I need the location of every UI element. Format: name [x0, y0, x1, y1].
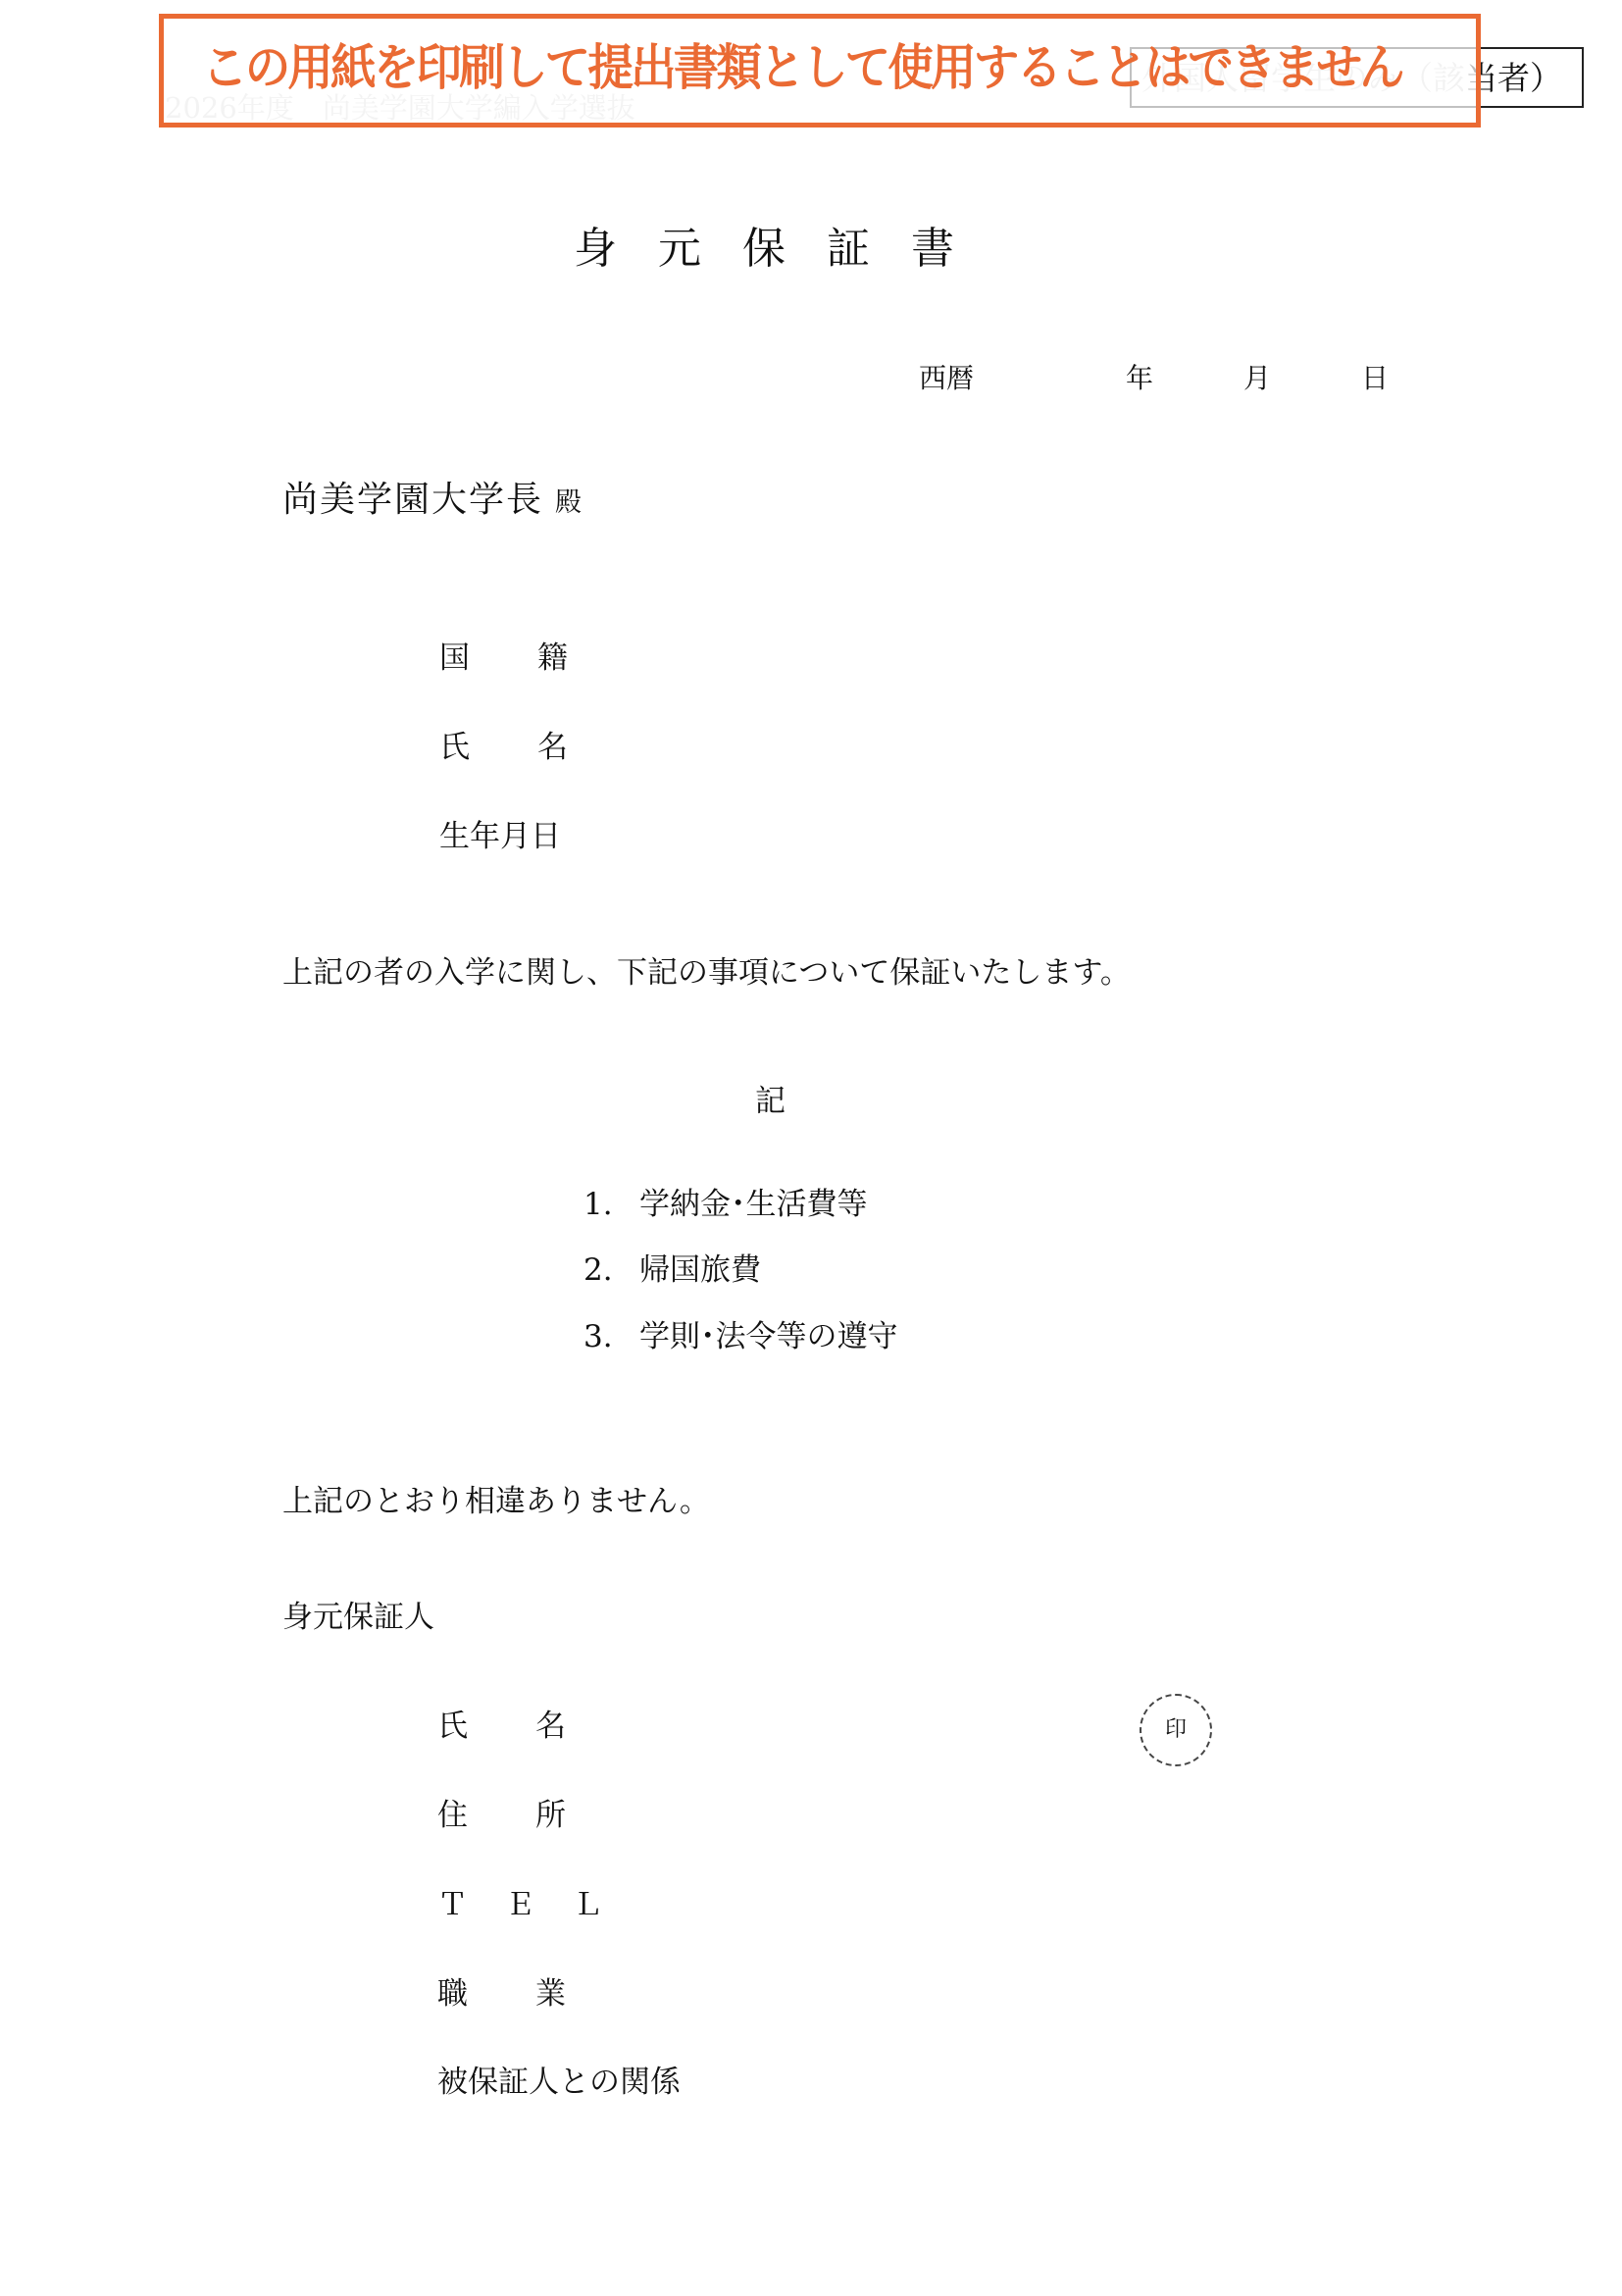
item-number: 3.	[583, 1322, 613, 1352]
field-label-part: 所	[535, 1801, 566, 1831]
field-label-part: Ｔ Ｅ Ｌ	[437, 1890, 617, 1920]
date-year-label: 年	[1126, 365, 1153, 392]
field-label-part: 被保証人との関係	[437, 2067, 681, 2098]
item-text: 学則･法令等の遵守	[639, 1322, 898, 1352]
field-label-part: 職	[437, 1979, 468, 2010]
document-title: 身元保証書	[574, 228, 995, 271]
field-label-part: 氏	[439, 733, 470, 763]
item-number: 2.	[583, 1255, 613, 1286]
addressee-suffix: 殿	[555, 487, 583, 518]
addressee-name: 尚美学園大学長	[282, 480, 543, 520]
field-label-part: 氏	[437, 1711, 468, 1742]
watermark-banner-text: この用紙を印刷して提出書類として使用することはできません	[202, 43, 1402, 92]
guarantee-statement: 上記の者の入学に関し、下記の事項について保証いたします。	[282, 958, 1131, 989]
field-label-part: 名	[535, 1711, 566, 1742]
guarantor-heading: 身元保証人	[282, 1603, 434, 1633]
field-label-part: 生年月日	[439, 822, 561, 852]
seal-label: 印	[1165, 1719, 1187, 1741]
closing-statement: 上記のとおり相違ありません。	[282, 1487, 710, 1517]
date-day-label: 日	[1361, 365, 1389, 392]
date-era-label: 西暦	[919, 365, 974, 392]
item-text: 学納金･生活費等	[639, 1190, 868, 1220]
field-label-part: 国	[439, 643, 470, 674]
addressee: 尚美学園大学長殿	[282, 483, 583, 518]
field-label-part: 住	[437, 1801, 468, 1831]
date-month-label: 月	[1243, 365, 1271, 392]
seal-stamp-area: 印	[1140, 1694, 1212, 1766]
ki-heading: 記	[755, 1087, 786, 1117]
item-number: 1.	[583, 1190, 613, 1220]
field-label-part: 籍	[537, 643, 568, 674]
field-label-part: 名	[537, 733, 568, 763]
item-text: 帰国旅費	[639, 1255, 761, 1286]
field-label-part: 業	[535, 1979, 566, 2010]
